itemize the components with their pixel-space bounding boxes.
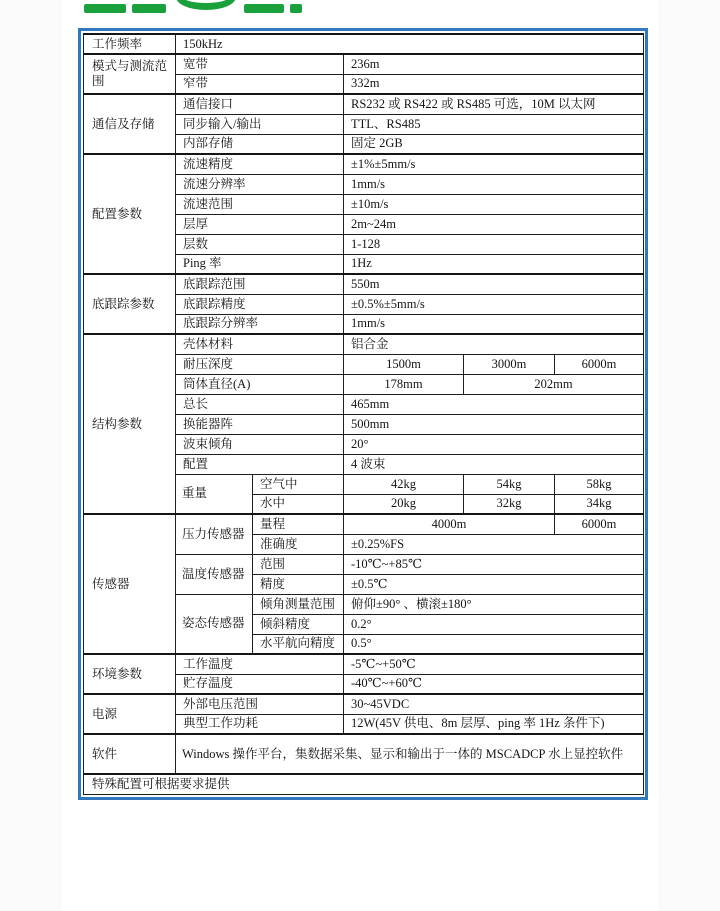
table-row: 配置参数 流速精度 ±1%±5mm/s bbox=[84, 154, 644, 174]
value-cell: 铝合金 bbox=[344, 334, 644, 354]
category-cell: 模式与测流范围 bbox=[84, 54, 176, 94]
value-cell: ±0.25%FS bbox=[344, 534, 644, 554]
param-cell: 倾斜精度 bbox=[253, 614, 344, 634]
value-cell: 12W(45V 供电、8m 层厚、ping 率 1Hz 条件下) bbox=[344, 714, 644, 734]
group-cell: 温度传感器 bbox=[176, 554, 253, 594]
value-cell: 固定 2GB bbox=[344, 134, 644, 154]
param-cell: 准确度 bbox=[253, 534, 344, 554]
value-cell: ±0.5%±5mm/s bbox=[344, 294, 644, 314]
param-cell: 耐压深度 bbox=[176, 354, 344, 374]
param-cell: 波束倾角 bbox=[176, 434, 344, 454]
param-cell: 宽带 bbox=[176, 54, 344, 74]
value-cell: 150kHz bbox=[176, 34, 644, 54]
value-cell: 550m bbox=[344, 274, 644, 294]
value-cell: 4000m bbox=[344, 514, 555, 534]
param-cell: 壳体材料 bbox=[176, 334, 344, 354]
value-cell: 202mm bbox=[464, 374, 644, 394]
value-cell: ±0.5℃ bbox=[344, 574, 644, 594]
value-cell: 58kg bbox=[555, 474, 644, 494]
param-cell: 量程 bbox=[253, 514, 344, 534]
param-cell: 通信接口 bbox=[176, 94, 344, 114]
value-cell: 2m~24m bbox=[344, 214, 644, 234]
page-right-margin bbox=[658, 0, 720, 911]
brand-logo-cropped-icon bbox=[84, 0, 306, 14]
param-cell: 外部电压范围 bbox=[176, 694, 344, 714]
value-cell: RS232 或 RS422 或 RS485 可选，10M 以太网 bbox=[344, 94, 644, 114]
table-row: 软件 Windows 操作平台，集数据采集、显示和输出于一体的 MSCADCP … bbox=[84, 734, 644, 774]
category-cell: 底跟踪参数 bbox=[84, 274, 176, 334]
value-cell: 0.5° bbox=[344, 634, 644, 654]
param-cell: 倾角测量范围 bbox=[253, 594, 344, 614]
category-cell: 配置参数 bbox=[84, 154, 176, 274]
value-cell: 1mm/s bbox=[344, 314, 644, 334]
value-cell: 1mm/s bbox=[344, 174, 644, 194]
value-cell: 0.2° bbox=[344, 614, 644, 634]
value-cell: Windows 操作平台，集数据采集、显示和输出于一体的 MSCADCP 水上显… bbox=[176, 734, 644, 774]
table-row: 工作频率 150kHz bbox=[84, 34, 644, 54]
category-cell: 软件 bbox=[84, 734, 176, 774]
table-row: 结构参数 壳体材料 铝合金 bbox=[84, 334, 644, 354]
logo-glyph-fragment bbox=[290, 4, 302, 13]
param-cell: 同步输入/输出 bbox=[176, 114, 344, 134]
value-cell: 1500m bbox=[344, 354, 464, 374]
param-cell: 总长 bbox=[176, 394, 344, 414]
param-cell: 工作温度 bbox=[176, 654, 344, 674]
value-cell: 3000m bbox=[464, 354, 555, 374]
param-cell: Ping 率 bbox=[176, 254, 344, 274]
value-cell: 34kg bbox=[555, 494, 644, 514]
value-cell: 236m bbox=[344, 54, 644, 74]
value-cell: 4 波束 bbox=[344, 454, 644, 474]
param-cell: 配置 bbox=[176, 454, 344, 474]
param-cell: 窄带 bbox=[176, 74, 344, 94]
value-cell: -10℃~+85℃ bbox=[344, 554, 644, 574]
param-cell: 筒体直径(A) bbox=[176, 374, 344, 394]
group-cell: 姿态传感器 bbox=[176, 594, 253, 654]
value-cell: 54kg bbox=[464, 474, 555, 494]
param-cell: 换能器阵 bbox=[176, 414, 344, 434]
table-row: 模式与测流范围 宽带 236m bbox=[84, 54, 644, 74]
value-cell: 178mm bbox=[344, 374, 464, 394]
table-row: 特殊配置可根据要求提供 bbox=[84, 774, 644, 794]
param-cell: 层数 bbox=[176, 234, 344, 254]
param-cell: 水中 bbox=[253, 494, 344, 514]
spec-table-grid: 工作频率 150kHz 模式与测流范围 宽带 236m 窄带 332m 通信及存… bbox=[83, 33, 644, 795]
value-cell: 1-128 bbox=[344, 234, 644, 254]
param-cell: 底跟踪分辨率 bbox=[176, 314, 344, 334]
category-cell: 结构参数 bbox=[84, 334, 176, 514]
param-cell: 精度 bbox=[253, 574, 344, 594]
param-cell: 层厚 bbox=[176, 214, 344, 234]
value-cell: -40℃~+60℃ bbox=[344, 674, 644, 694]
param-cell: 流速精度 bbox=[176, 154, 344, 174]
group-cell: 重量 bbox=[176, 474, 253, 514]
logo-glyph-fragment bbox=[84, 4, 126, 13]
value-cell: ±10m/s bbox=[344, 194, 644, 214]
value-cell: 465mm bbox=[344, 394, 644, 414]
value-cell: 500mm bbox=[344, 414, 644, 434]
value-cell: 30~45VDC bbox=[344, 694, 644, 714]
table-row: 传感器 压力传感器 量程 4000m 6000m bbox=[84, 514, 644, 534]
value-cell: ±1%±5mm/s bbox=[344, 154, 644, 174]
value-cell: TTL、RS485 bbox=[344, 114, 644, 134]
value-cell: 332m bbox=[344, 74, 644, 94]
param-cell: 底跟踪范围 bbox=[176, 274, 344, 294]
value-cell: 32kg bbox=[464, 494, 555, 514]
param-cell: 流速分辨率 bbox=[176, 174, 344, 194]
param-cell: 底跟踪精度 bbox=[176, 294, 344, 314]
value-cell: 20kg bbox=[344, 494, 464, 514]
value-cell: 6000m bbox=[555, 354, 644, 374]
logo-swoosh-fragment bbox=[176, 0, 236, 10]
footer-note-cell: 特殊配置可根据要求提供 bbox=[84, 774, 644, 794]
param-cell: 典型工作功耗 bbox=[176, 714, 344, 734]
value-cell: 1Hz bbox=[344, 254, 644, 274]
group-cell: 压力传感器 bbox=[176, 514, 253, 554]
param-cell: 流速范围 bbox=[176, 194, 344, 214]
value-cell: 42kg bbox=[344, 474, 464, 494]
category-cell: 通信及存储 bbox=[84, 94, 176, 154]
param-cell: 内部存储 bbox=[176, 134, 344, 154]
param-cell: 空气中 bbox=[253, 474, 344, 494]
value-cell: 6000m bbox=[555, 514, 644, 534]
table-row: 底跟踪参数 底跟踪范围 550m bbox=[84, 274, 644, 294]
category-cell: 工作频率 bbox=[84, 34, 176, 54]
table-row: 环境参数 工作温度 -5℃~+50℃ bbox=[84, 654, 644, 674]
category-cell: 电源 bbox=[84, 694, 176, 734]
page-left-margin bbox=[0, 0, 62, 911]
table-row: 通信及存储 通信接口 RS232 或 RS422 或 RS485 可选，10M … bbox=[84, 94, 644, 114]
param-cell: 范围 bbox=[253, 554, 344, 574]
spec-table: 工作频率 150kHz 模式与测流范围 宽带 236m 窄带 332m 通信及存… bbox=[78, 28, 648, 800]
category-cell: 传感器 bbox=[84, 514, 176, 654]
logo-glyph-fragment bbox=[132, 4, 166, 13]
value-cell: -5℃~+50℃ bbox=[344, 654, 644, 674]
logo-glyph-fragment bbox=[244, 4, 284, 13]
category-cell: 环境参数 bbox=[84, 654, 176, 694]
value-cell: 俯仰±90° 、横滚±180° bbox=[344, 594, 644, 614]
param-cell: 贮存温度 bbox=[176, 674, 344, 694]
table-row: 电源 外部电压范围 30~45VDC bbox=[84, 694, 644, 714]
param-cell: 水平航向精度 bbox=[253, 634, 344, 654]
value-cell: 20° bbox=[344, 434, 644, 454]
